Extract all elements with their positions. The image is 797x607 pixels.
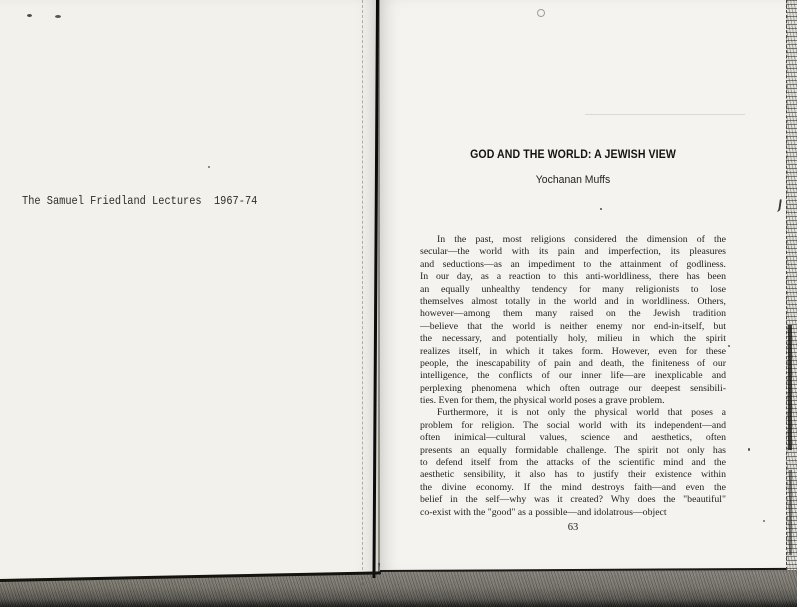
text-line: aesthetic sensibility, it also has to ju… (420, 469, 726, 481)
series-caption: The Samuel Friedland Lectures 1967-74 (22, 194, 257, 208)
left-page: The Samuel Friedland Lectures 1967-74 (0, 0, 378, 583)
text-line: Furthermore, it is not only the physical… (420, 407, 726, 419)
text-line: problem for religion. The social world w… (420, 420, 726, 432)
text-line: perplexing phenomena which often outrage… (420, 383, 726, 395)
right-page: GOD AND THE WORLD: A JEWISH VIEW Yochana… (380, 0, 786, 573)
text-line: ties. Even for them, the physical world … (420, 395, 726, 407)
gutter-crease-line (362, 0, 363, 585)
text-line: intelligence, the conflicts of our inner… (420, 370, 726, 382)
author-name: Yochanan Muffs (428, 174, 719, 187)
book-scan: The Samuel Friedland Lectures 1967-74 GO… (0, 0, 797, 607)
text-line: and seductions—as an impediment to the a… (420, 259, 726, 271)
scan-speck (27, 14, 32, 17)
text-line: In the past, most religions considered t… (420, 234, 726, 246)
text-line: an equally unhealthy tendency for many r… (420, 284, 726, 296)
text-line: co-exist with the "good" as a possible—a… (420, 507, 726, 519)
scan-speck (748, 448, 750, 451)
text-line: belief in the self—why was it created? W… (420, 494, 726, 506)
page-edge-shadow (788, 325, 792, 450)
text-line: to defend itself from the attacks of the… (420, 457, 726, 469)
text-line: secular—the world with its pain and impe… (420, 246, 726, 258)
text-line: In our day, as a reaction to this anti-w… (420, 271, 726, 283)
text-line: often inimical—cultural values, science … (420, 432, 726, 444)
text-line: the necessary, and potentially holy, mil… (420, 333, 726, 345)
scan-hairline-smudge (585, 114, 745, 115)
text-line: however—among them many raised on the Je… (420, 308, 726, 320)
body-text: In the past, most religions considered t… (420, 234, 726, 519)
scan-speck (208, 166, 210, 168)
text-line: —believe that the world is neither enemy… (420, 321, 726, 333)
scan-speck (537, 9, 545, 17)
text-line: realizes itself, in which it takes form.… (420, 346, 726, 358)
text-line: themselves almost totally in the world a… (420, 296, 726, 308)
page-number: 63 (420, 522, 726, 533)
scan-speck (763, 520, 765, 522)
text-line: presents an equally formidable challenge… (420, 445, 726, 457)
page-edge-shadow (789, 470, 792, 555)
text-line: the divine economy. If the mind destroys… (420, 482, 726, 494)
chapter-title: GOD AND THE WORLD: A JEWISH VIEW (438, 147, 707, 161)
scan-speck (600, 208, 602, 210)
scan-speck (55, 15, 61, 18)
text-line: people, the inescapability of pain and d… (420, 358, 726, 370)
scan-speck (728, 345, 730, 347)
